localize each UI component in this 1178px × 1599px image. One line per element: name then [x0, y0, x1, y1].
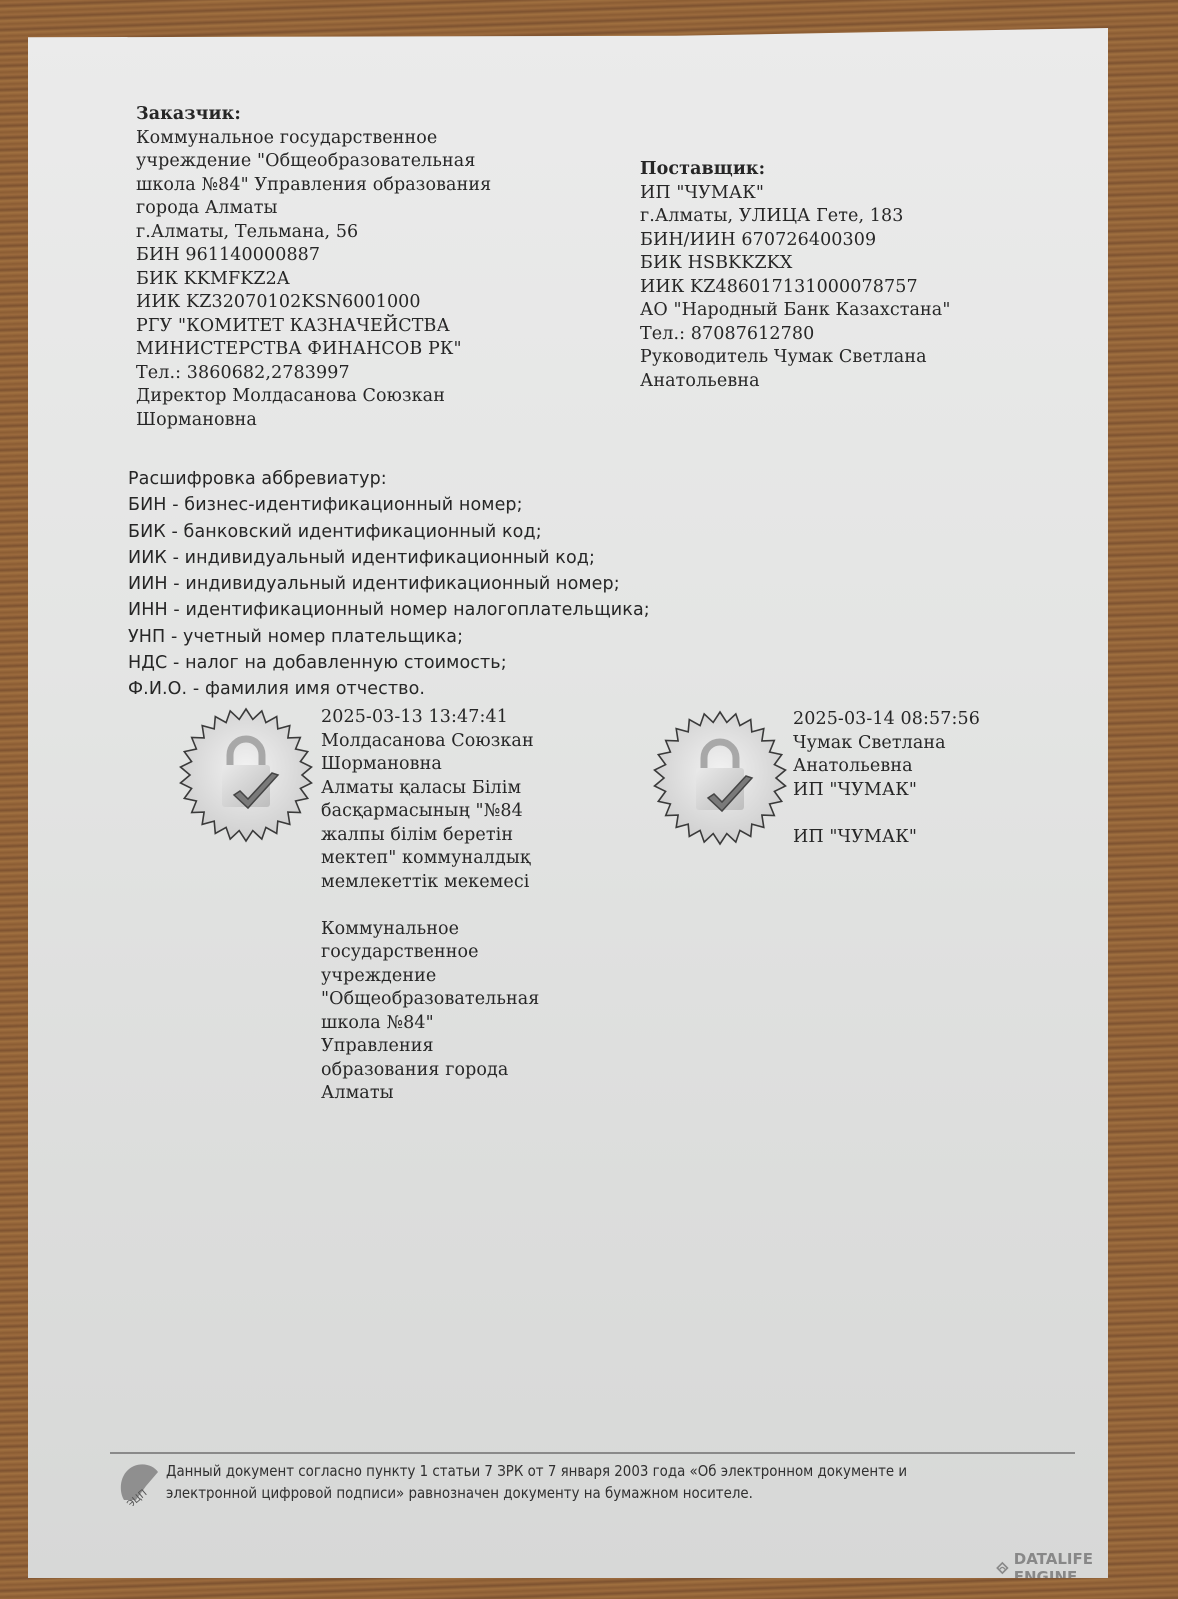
signer-org-line: ИП "ЧУМАК": [793, 779, 980, 803]
supplier-address: г.Алматы, УЛИЦА Гете, 183: [640, 205, 950, 229]
signer-line: Анатольевна: [793, 755, 980, 779]
customer-address: г.Алматы, Тельмана, 56: [136, 221, 491, 245]
customer-phone: Тел.: 3860682,2783997: [136, 362, 491, 386]
digital-signature-seal-icon: [650, 708, 790, 848]
customer-bank: РГУ "КОМИТЕТ КАЗНАЧЕЙСТВА: [136, 315, 491, 339]
customer-line: школа №84" Управления образования: [136, 174, 491, 198]
signer-line: Молдасанова Союзкан: [321, 730, 539, 754]
document-page: Заказчик: Коммунальное государственное у…: [28, 28, 1108, 1578]
abbreviation-item: Ф.И.О. - фамилия имя отчество.: [128, 676, 650, 702]
abbreviation-item: ИНН - идентификационный номер налогоплат…: [128, 597, 650, 623]
customer-heading: Заказчик:: [136, 103, 491, 127]
abbreviation-item: НДС - налог на добавленную стоимость;: [128, 650, 650, 676]
customer-iik: ИИК KZ32070102KSN6001000: [136, 291, 491, 315]
signature-details-supplier: 2025-03-14 08:57:56 Чумак Светлана Анато…: [793, 708, 980, 849]
legal-notice: Данный документ согласно пункту 1 статьи…: [166, 1460, 907, 1504]
footer-divider: [110, 1452, 1075, 1454]
datalife-engine-logo-icon: [996, 1558, 1009, 1578]
signer-org-line: Алматы: [321, 1082, 539, 1106]
blank-line: [793, 802, 980, 826]
signer-org-line: образования города: [321, 1059, 539, 1083]
customer-bik: БИК KKMFKZ2A: [136, 268, 491, 292]
customer-line: Коммунальное государственное: [136, 127, 491, 151]
supplier-iik: ИИК KZ486017131000078757: [640, 276, 950, 300]
abbreviation-item: ИИК - индивидуальный идентификационный к…: [128, 545, 650, 571]
abbreviation-item: БИН - бизнес-идентификационный номер;: [128, 492, 650, 518]
supplier-block: Поставщик: ИП "ЧУМАК" г.Алматы, УЛИЦА Ге…: [640, 158, 950, 393]
customer-director: Шормановна: [136, 409, 491, 433]
supplier-bik: БИК HSBKKZKX: [640, 252, 950, 276]
legal-notice-line: электронной цифровой подписи» равнозначе…: [166, 1482, 907, 1504]
signer-line: Шормановна: [321, 753, 539, 777]
abbreviation-item: ИИН - индивидуальный идентификационный н…: [128, 571, 650, 597]
supplier-head: Руководитель Чумак Светлана: [640, 346, 950, 370]
supplier-phone: Тел.: 87087612780: [640, 323, 950, 347]
signer-org-line: Алматы қаласы Білім: [321, 777, 539, 801]
customer-director: Директор Молдасанова Союзкан: [136, 385, 491, 409]
electronic-document-logo-icon: ЭЦП: [116, 1460, 160, 1506]
signer-org-line: басқармасының "№84: [321, 800, 539, 824]
signature-details-customer: 2025-03-13 13:47:41 Молдасанова Союзкан …: [321, 706, 539, 1106]
signer-org-line: Управления: [321, 1035, 539, 1059]
signer-org-line: мектеп" коммуналдық: [321, 847, 539, 871]
customer-bin: БИН 961140000887: [136, 244, 491, 268]
supplier-heading: Поставщик:: [640, 158, 950, 182]
signer-org-line: школа №84": [321, 1012, 539, 1036]
legal-notice-line: Данный документ согласно пункту 1 статьи…: [166, 1460, 907, 1482]
abbreviation-item: УНП - учетный номер плательщика;: [128, 624, 650, 650]
signer-org-line: государственное: [321, 941, 539, 965]
supplier-bin: БИН/ИИН 670726400309: [640, 229, 950, 253]
signer-org-line: учреждение: [321, 965, 539, 989]
abbreviations-block: Расшифровка аббревиатур: БИН - бизнес-ид…: [128, 466, 650, 703]
customer-bank: МИНИСТЕРСТВА ФИНАНСОВ РК": [136, 338, 491, 362]
supplier-bank: АО "Народный Банк Казахстана": [640, 299, 950, 323]
customer-line: учреждение "Общеобразовательная: [136, 150, 491, 174]
signer-org-line: жалпы білім беретін: [321, 824, 539, 848]
signer-org-line: "Общеобразовательная: [321, 988, 539, 1012]
customer-block: Заказчик: Коммунальное государственное у…: [136, 103, 491, 432]
abbreviations-heading: Расшифровка аббревиатур:: [128, 466, 650, 492]
signer-org-line: Коммунальное: [321, 918, 539, 942]
supplier-head: Анатольевна: [640, 370, 950, 394]
signature-timestamp: 2025-03-13 13:47:41: [321, 706, 539, 730]
digital-signature-seal-icon: [176, 705, 316, 845]
signer-org-line: ИП "ЧУМАК": [793, 826, 980, 850]
signature-timestamp: 2025-03-14 08:57:56: [793, 708, 980, 732]
blank-line: [321, 894, 539, 918]
customer-line: города Алматы: [136, 197, 491, 221]
watermark-text: DATALIFE ENGINE: [1014, 1550, 1108, 1586]
signer-line: Чумак Светлана: [793, 732, 980, 756]
signer-org-line: мемлекеттік мекемесі: [321, 871, 539, 895]
watermark: DATALIFE ENGINE: [996, 1550, 1108, 1586]
supplier-name: ИП "ЧУМАК": [640, 182, 950, 206]
abbreviation-item: БИК - банковский идентификационный код;: [128, 519, 650, 545]
